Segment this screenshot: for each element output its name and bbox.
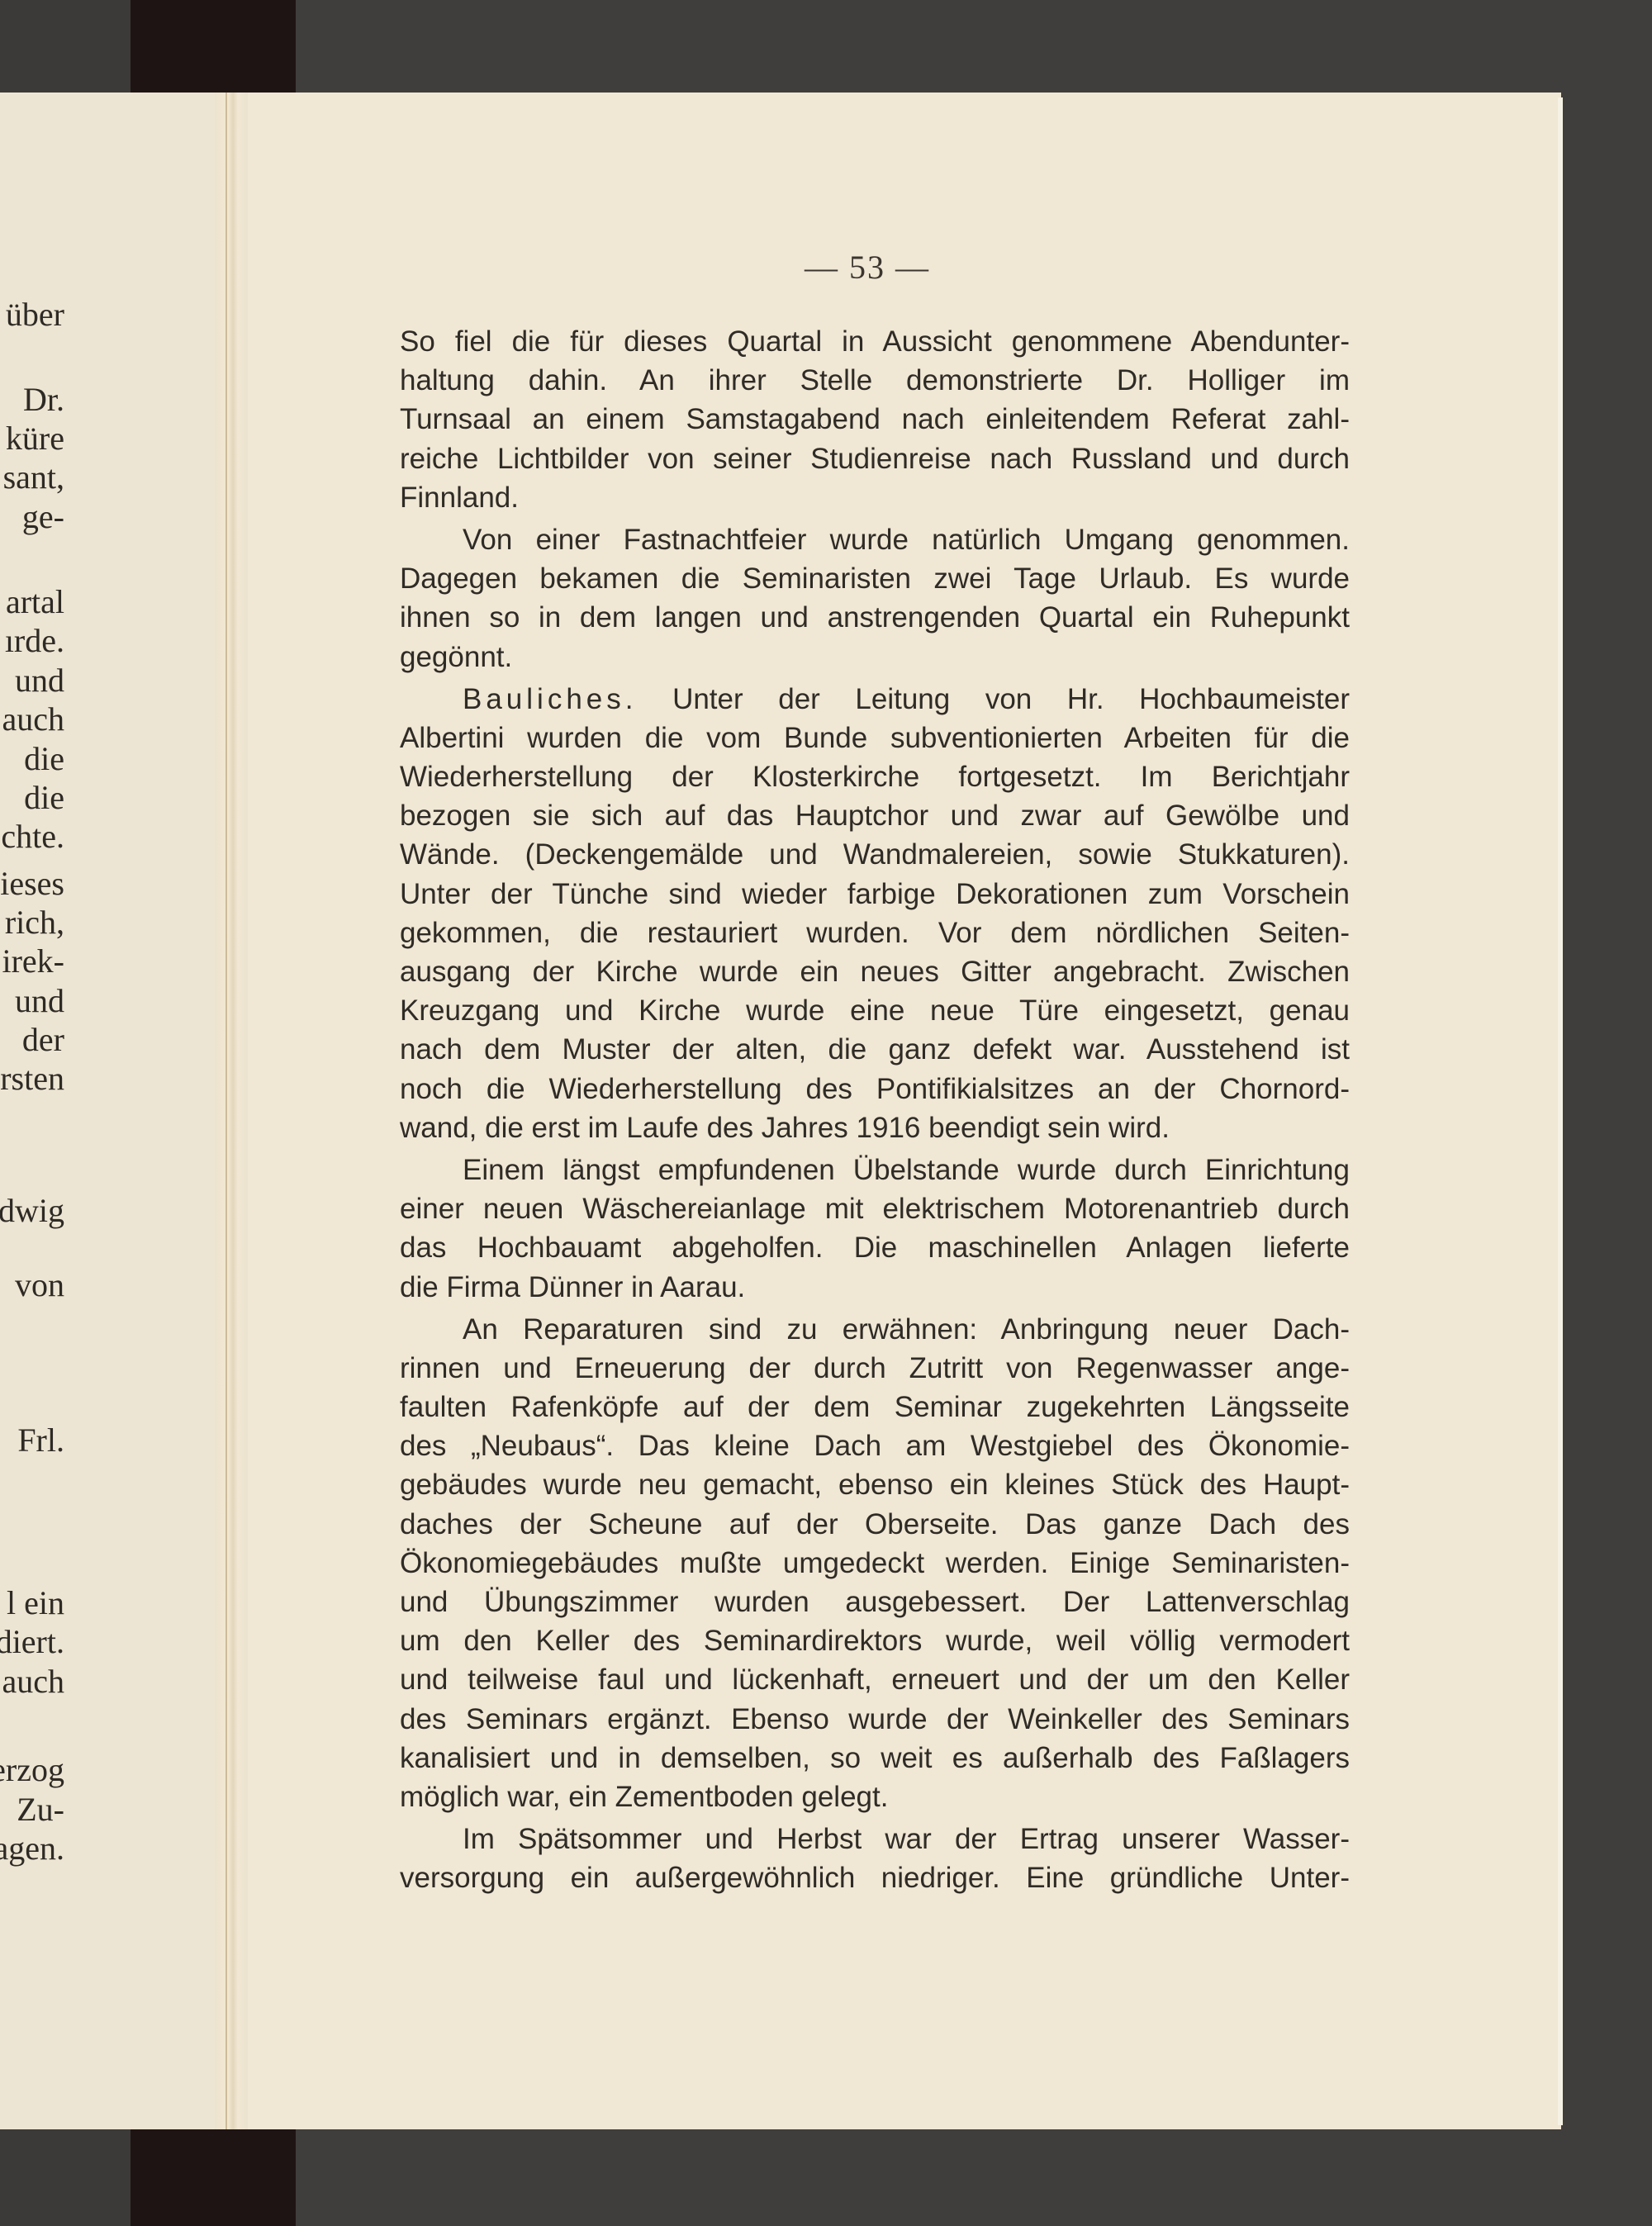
left-page-fragment: Frl. (17, 1421, 64, 1459)
text-line: Albertini wurden die vom Bunde subventio… (400, 719, 1350, 757)
text-line: Von einer Fastnachtfeier wurde natürlich… (400, 520, 1350, 559)
text-line: des „Neubaus“. Das kleine Dach am Westgi… (400, 1426, 1350, 1465)
text-line: möglich war, ein Zementboden gelegt. (400, 1777, 1350, 1816)
left-page-fragment: ieses (0, 864, 64, 903)
text-line: faulten Rafenköpfe auf der dem Seminar z… (400, 1388, 1350, 1426)
text-line: Einem längst empfundenen Übelstande wurd… (400, 1151, 1350, 1189)
text-line: Wände. (Deckengemälde und Wandmalereien,… (400, 835, 1350, 874)
left-page-fragment: sant, (3, 458, 64, 496)
text-line: das Hochbauamt abgeholfen. Die maschinel… (400, 1228, 1350, 1267)
text-line: nach dem Muster der alten, die ganz defe… (400, 1030, 1350, 1069)
text-line: und Übungszimmer wurden ausgebessert. De… (400, 1583, 1350, 1621)
paragraph: So fiel die für dieses Quartal in Aussic… (400, 322, 1350, 517)
text-line: Wiederherstellung der Klosterkirche fort… (400, 757, 1350, 796)
left-page-fragment: l ein (7, 1583, 64, 1622)
left-page-fragment: die (24, 739, 64, 778)
text-line: einer neuen Wäschereianlage mit elektris… (400, 1189, 1350, 1228)
text-line: Im Spätsommer und Herbst war der Ertrag … (400, 1820, 1350, 1858)
left-page-fragment: küre (6, 419, 64, 458)
paragraph: Von einer Fastnachtfeier wurde natürlich… (400, 520, 1350, 676)
left-page-fragment: erzog (0, 1750, 64, 1789)
paragraph: Einem längst empfundenen Übelstande wurd… (400, 1151, 1350, 1307)
left-page-fragment: Dr. (23, 380, 64, 419)
left-page-fragment: artal (6, 582, 64, 621)
paragraph: Im Spätsommer und Herbst war der Ertrag … (400, 1820, 1350, 1897)
left-page-fragment: von (15, 1265, 64, 1304)
gutter-fold-line (225, 93, 227, 2129)
section-heading: Bauliches. (463, 683, 637, 715)
left-page-fragment: und (15, 981, 64, 1020)
left-page-fragment: agen. (0, 1829, 64, 1868)
left-page-fragment: über (6, 295, 64, 334)
text-line: gebäudes wurde neu gemacht, ebenso ein k… (400, 1465, 1350, 1504)
left-page-fragment: Zu- (17, 1790, 64, 1829)
text-line: So fiel die für dieses Quartal in Aussic… (400, 322, 1350, 361)
text-line: ausgang der Kirche wurde ein neues Gitte… (400, 952, 1350, 991)
text-line: ihnen so in dem langen und anstrengenden… (400, 598, 1350, 637)
text-line: Turnsaal an einem Samstagabend nach einl… (400, 400, 1350, 439)
text-line: bezogen sie sich auf das Hauptchor und z… (400, 796, 1350, 835)
text-line: Dagegen bekamen die Seminaristen zwei Ta… (400, 559, 1350, 598)
left-page-fragment: diert. (0, 1622, 64, 1661)
text-line: und teilweise faul und lückenhaft, erneu… (400, 1660, 1350, 1699)
page-body-text: So fiel die für dieses Quartal in Aussic… (400, 322, 1350, 1898)
text-line: haltung dahin. An ihrer Stelle demonstri… (400, 361, 1350, 400)
paragraph: Bauliches. Unter der Leitung von Hr. Hoc… (400, 680, 1350, 1147)
left-page: überDr.küresant,ge-artalırde.undauchdied… (0, 93, 235, 2129)
text-line: daches der Scheune auf der Oberseite. Da… (400, 1505, 1350, 1544)
text-line: gekommen, die restauriert wurden. Vor de… (400, 914, 1350, 952)
left-page-fragment: rsten (0, 1059, 64, 1098)
page-edge (1558, 97, 1563, 2125)
text-line: noch die Wiederherstellung des Pontifiki… (400, 1070, 1350, 1108)
left-page-fragment: dwig (0, 1191, 64, 1230)
left-page-fragment: die (24, 778, 64, 817)
text-line: Finnland. (400, 478, 1350, 517)
left-page-fragment: ırde. (5, 621, 64, 660)
left-page-fragment: der (22, 1020, 64, 1059)
text-line: Ökonomiegebäudes mußte umgedeckt werden.… (400, 1544, 1350, 1583)
left-page-fragment: auch (2, 700, 64, 738)
left-page-fragment: auch (2, 1662, 64, 1701)
text-line: kanalisiert und in demselben, so weit es… (400, 1739, 1350, 1777)
left-page-fragment: rich, (5, 903, 64, 942)
text-line: An Reparaturen sind zu erwähnen: Anbring… (400, 1310, 1350, 1349)
left-page-fragment: ge- (22, 497, 64, 536)
text-line: gegönnt. (400, 638, 1350, 676)
paragraph: An Reparaturen sind zu erwähnen: Anbring… (400, 1310, 1350, 1816)
text-line: reiche Lichtbilder von seiner Studienrei… (400, 439, 1350, 478)
left-page-fragment: und (15, 661, 64, 700)
text-line: des Seminars ergänzt. Ebenso wurde der W… (400, 1700, 1350, 1739)
left-page-fragment: irek- (2, 942, 64, 980)
text-line: die Firma Dünner in Aarau. (400, 1268, 1350, 1307)
text-line: wand, die erst im Laufe des Jahres 1916 … (400, 1108, 1350, 1147)
text-line: Kreuzgang und Kirche wurde eine neue Tür… (400, 991, 1350, 1030)
text-line: Bauliches. Unter der Leitung von Hr. Hoc… (400, 680, 1350, 719)
book-gutter (215, 93, 248, 2129)
text-line: Unter der Tünche sind wieder farbige Dek… (400, 875, 1350, 914)
left-page-fragment: chte. (1, 817, 64, 856)
page-number: — 53 — (743, 248, 991, 287)
text-line: versorgung ein außergewöhnlich niedriger… (400, 1858, 1350, 1897)
text-line: rinnen und Erneuerung der durch Zutritt … (400, 1349, 1350, 1388)
text-line: um den Keller des Seminardirektors wurde… (400, 1621, 1350, 1660)
